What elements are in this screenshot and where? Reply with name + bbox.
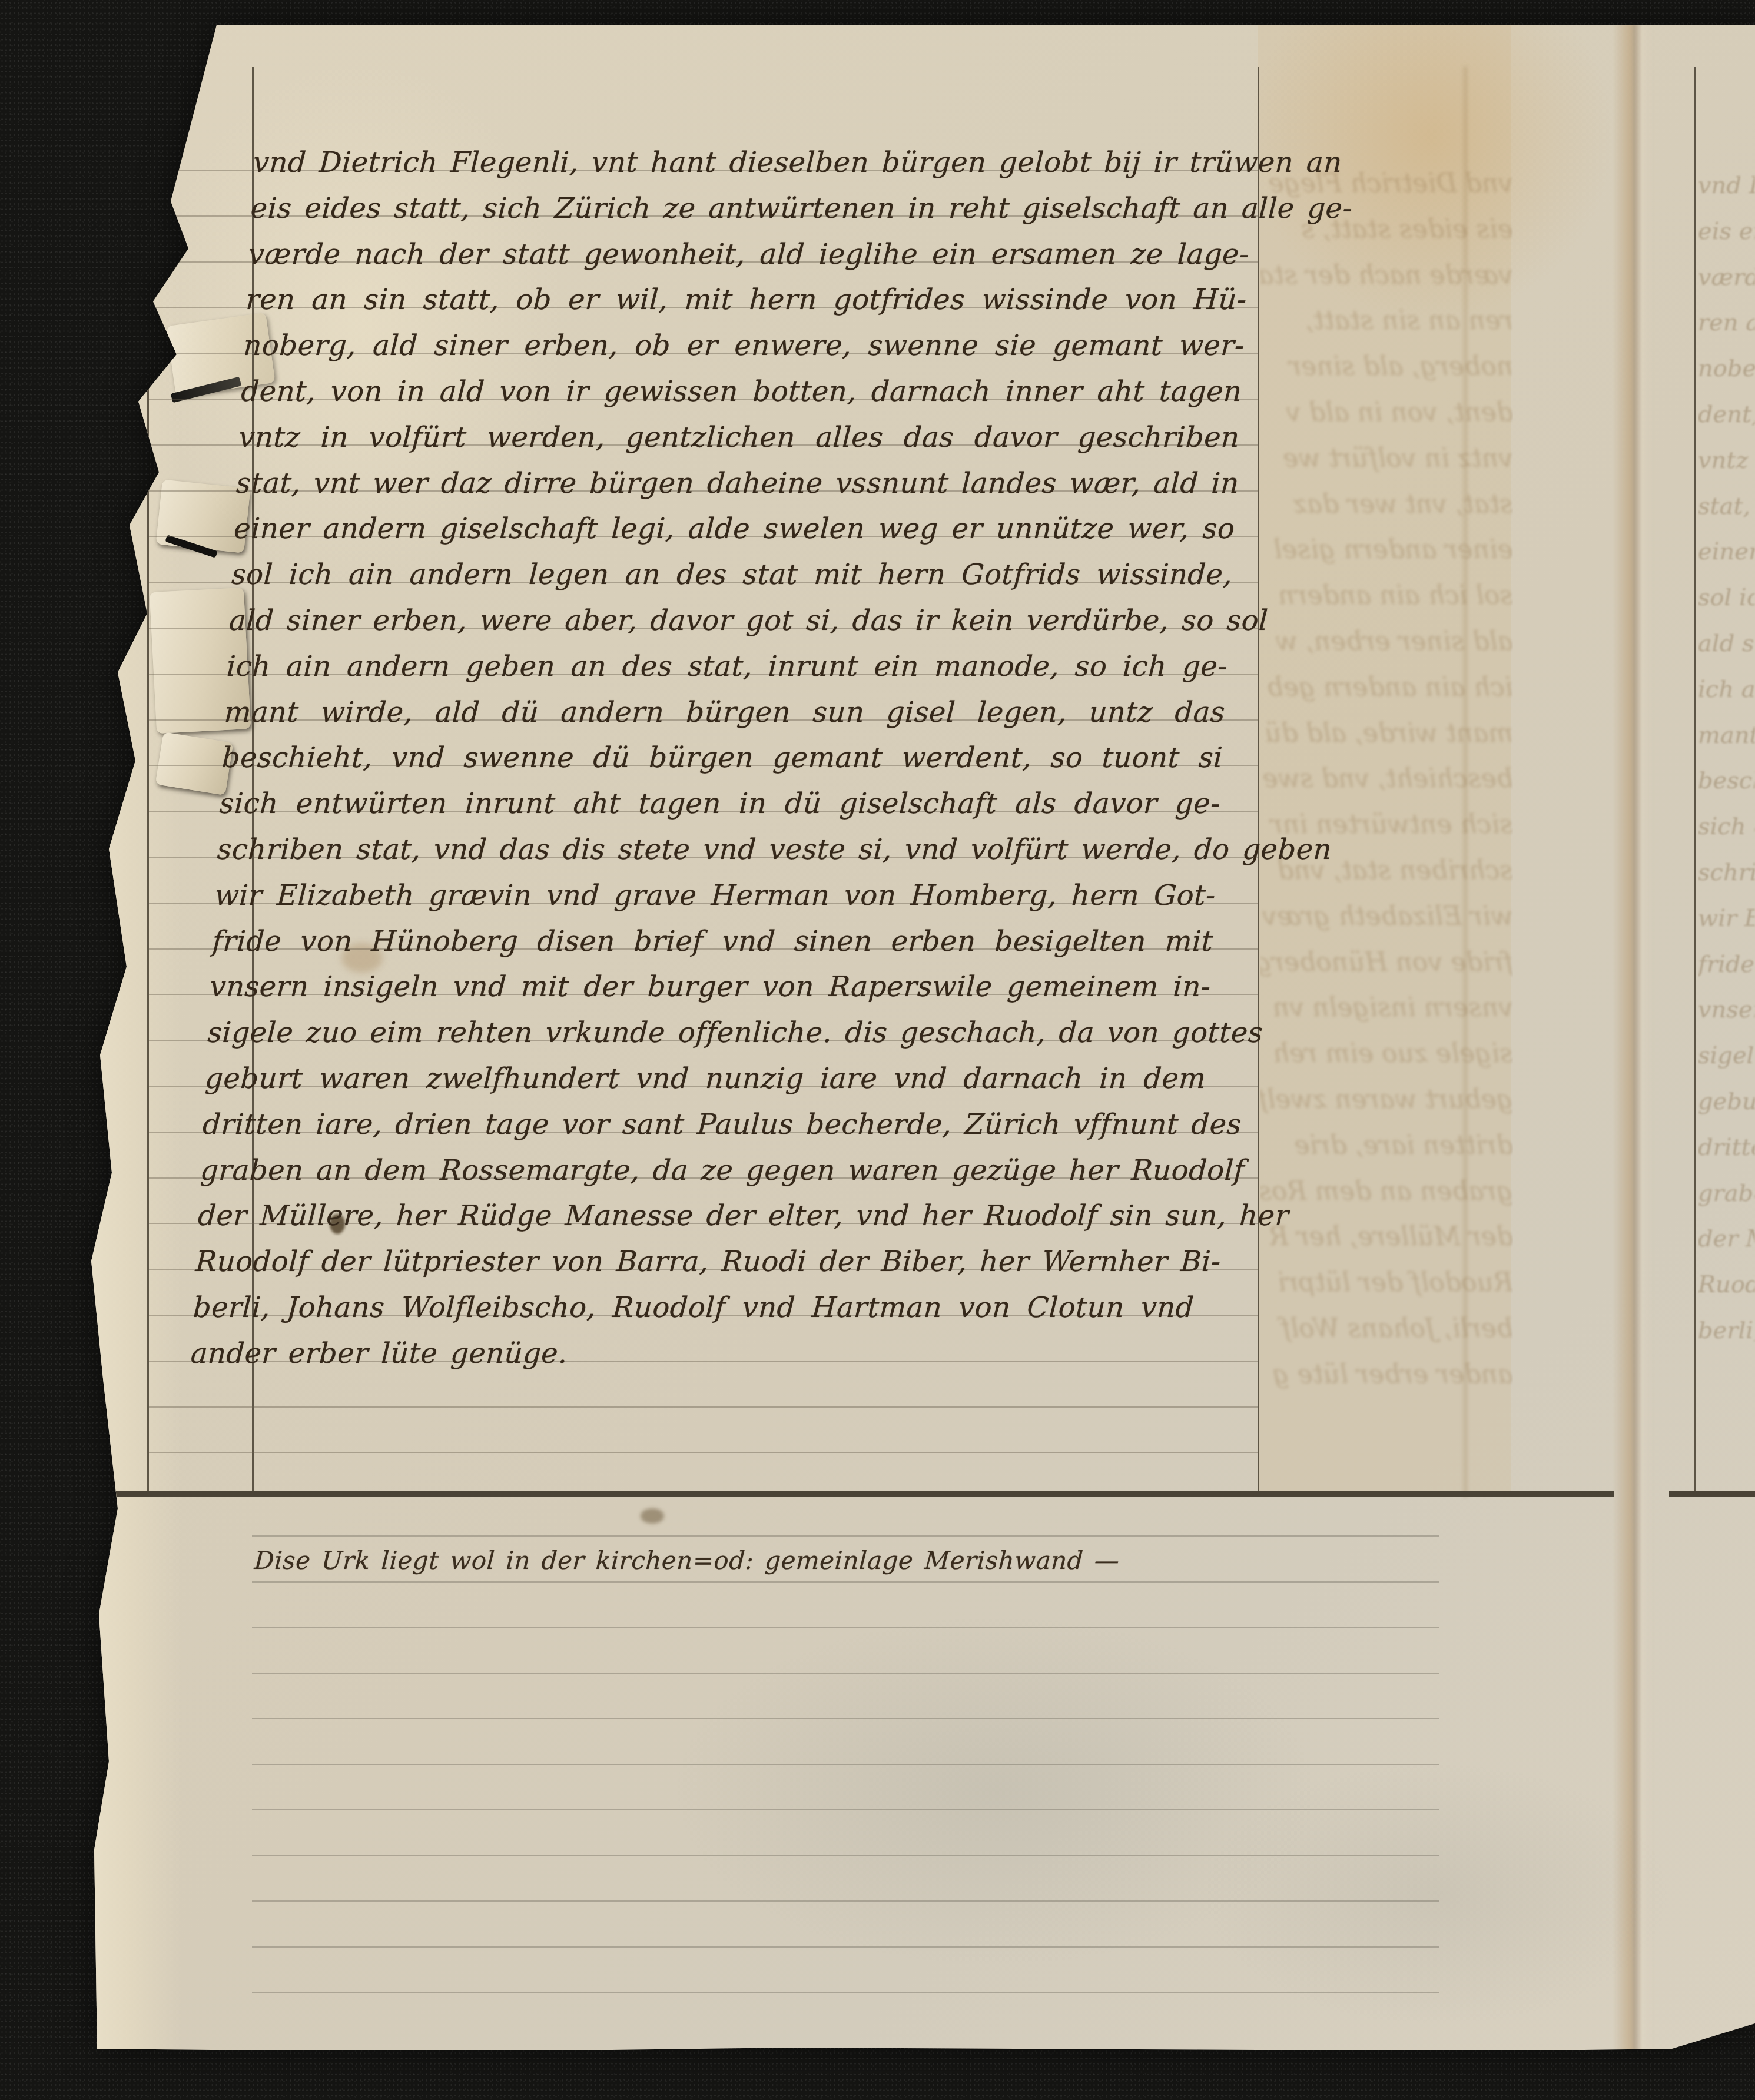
bleedthrough-line: ald siner erben, w bbox=[1260, 626, 1513, 656]
manuscript-line: noberg, ald siner erben, ob er enwere, s… bbox=[243, 323, 1246, 369]
bleedthrough-line: graben an dem Ross bbox=[1260, 1176, 1513, 1206]
bleedthrough-line: wir Elizabeth græv bbox=[1260, 901, 1513, 931]
bleedthrough-line: stat, vnt wer daz bbox=[1260, 489, 1513, 519]
manuscript-line: værde nach der statt gewonheit, ald iegl… bbox=[247, 232, 1250, 278]
manuscript-line: eis eides statt, sich Zürich ze antwürte… bbox=[250, 186, 1253, 232]
bleedthrough-line: vnsern insigeln vn bbox=[1260, 993, 1513, 1023]
bleedthrough-line: berli, Johans Wolf bbox=[1260, 1313, 1513, 1343]
next-page-text-fragment: mant wir bbox=[1698, 722, 1755, 749]
footer-separator-rule bbox=[112, 1491, 1614, 1497]
next-page-text-fragment: stat, vn bbox=[1698, 493, 1755, 520]
manuscript-line: der Müllere, her Rüdge Manesse der elter… bbox=[197, 1193, 1200, 1239]
manuscript-line: ich ain andern geben an des stat, inrunt… bbox=[225, 644, 1229, 690]
next-page-bleedthrough: vnd Dieteis eideværde naren an snoberg, … bbox=[1698, 160, 1755, 1491]
bottom-ruled-line bbox=[252, 1673, 1439, 1674]
next-page-text-fragment: dent, vo bbox=[1698, 401, 1755, 428]
bleedthrough-line: geburt waren zwelf bbox=[1260, 1084, 1513, 1114]
next-page-text-fragment: wir Eliz bbox=[1698, 905, 1755, 932]
next-page-text-fragment: ald sine bbox=[1698, 630, 1755, 657]
manuscript-page: vnd Dietrich Flegenli, vnt hant dieselbe… bbox=[82, 25, 1755, 2050]
bleedthrough-line: sol ich ain andern bbox=[1260, 580, 1513, 611]
bleedthrough-line: eis eides statt, s bbox=[1260, 214, 1513, 244]
next-page-text-fragment: sigele z bbox=[1698, 1042, 1755, 1069]
next-page-text-fragment: eis eide bbox=[1698, 218, 1755, 245]
bleedthrough-line: dritten iare, drie bbox=[1260, 1130, 1513, 1160]
next-page-text-fragment: dritten bbox=[1698, 1134, 1755, 1161]
bleedthrough-line: Ruodolf der lütpri bbox=[1260, 1268, 1513, 1298]
manuscript-line: wir Elizabeth grævin vnd grave Herman vo… bbox=[214, 873, 1217, 919]
manuscript-line: einer andern giselschaft legi, alde swel… bbox=[233, 506, 1236, 552]
manuscript-line: ren an sin statt, ob er wil, mit hern go… bbox=[245, 277, 1248, 323]
margin-rule-left-outer bbox=[147, 67, 149, 1492]
manuscript-line: vntz in volfürt werden, gentzlichen alle… bbox=[237, 415, 1240, 461]
manuscript-line: mant wirde, ald dü andern bürgen sun gis… bbox=[223, 690, 1226, 736]
bleedthrough-line: ich ain andern geb bbox=[1260, 672, 1513, 702]
bottom-ruled-line bbox=[252, 1946, 1439, 1948]
archivist-note: Dise Urk liegt wol in der kirchen=od: ge… bbox=[254, 1546, 962, 1575]
manuscript-line: geburt waren zwelfhundert vnd nunzig iar… bbox=[204, 1056, 1207, 1102]
page-wrap: vnd Dietrich Flegenli, vnt hant dieselbe… bbox=[0, 0, 1755, 2100]
bleedthrough-line: beschieht, vnd swe bbox=[1260, 764, 1513, 794]
bottom-ruled-line bbox=[252, 1627, 1439, 1628]
ruled-line bbox=[149, 1452, 1258, 1453]
manuscript-line: sol ich ain andern legen an des stat mit… bbox=[230, 552, 1233, 598]
next-page-text-fragment: fride vo bbox=[1698, 951, 1755, 978]
stain bbox=[641, 1508, 664, 1524]
bleedthrough-line: vntz in volfürt we bbox=[1260, 443, 1513, 473]
next-page-text-fragment: berli, J bbox=[1698, 1317, 1755, 1344]
bottom-ruled-line bbox=[252, 1992, 1439, 1993]
bleedthrough-line: fride von Hünoberg bbox=[1260, 947, 1513, 977]
next-page-text-fragment: graben a bbox=[1698, 1180, 1755, 1207]
manuscript-line: stat, vnt wer daz dirre bürgen daheine v… bbox=[235, 461, 1238, 507]
bleedthrough-line: schriben stat, vnd bbox=[1260, 855, 1513, 885]
next-page-margin-rule bbox=[1694, 67, 1696, 1492]
manuscript-line: berli, Johans Wolfleibscho, Ruodolf vnd … bbox=[192, 1285, 1195, 1331]
manuscript-line: vnsern insigeln vnd mit der burger von R… bbox=[209, 964, 1212, 1010]
next-page-text-fragment: ich ain bbox=[1698, 676, 1755, 703]
manuscript-line: dent, von in ald von ir gewissen botten,… bbox=[240, 369, 1243, 415]
bottom-ruled-line bbox=[252, 1535, 1439, 1537]
manuscript-line: sich entwürten inrunt aht tagen in dü gi… bbox=[218, 781, 1222, 827]
manuscript-line: beschieht, vnd swenne dü bürgen gemant w… bbox=[221, 735, 1224, 781]
stain bbox=[1201, 1761, 1672, 2026]
text-block-right-rule bbox=[1258, 67, 1259, 1492]
manuscript-line: Ruodolf der lütpriester von Barra, Ruodi… bbox=[194, 1239, 1197, 1285]
bleedthrough-line: der Müllere, her R bbox=[1260, 1222, 1513, 1252]
next-page-text-fragment: der Müll bbox=[1698, 1225, 1755, 1252]
bleedthrough-line: sich entwürten inr bbox=[1260, 810, 1513, 840]
bleedthrough-line: værde nach der sta bbox=[1260, 260, 1513, 290]
bleedthrough-line: vnd Dietrich Flege bbox=[1260, 168, 1513, 198]
manuscript-text: vnd Dietrich Flegenli, vnt hant dieselbe… bbox=[190, 140, 1255, 1377]
footer-separator-rule-right bbox=[1669, 1491, 1755, 1497]
next-page-text-fragment: beschieh bbox=[1698, 767, 1755, 794]
next-page-text-fragment: værde na bbox=[1698, 264, 1755, 291]
bottom-ruled-line bbox=[252, 1581, 1439, 1583]
bottom-ruled-line bbox=[252, 1900, 1439, 1902]
next-page-text-fragment: einer an bbox=[1698, 538, 1755, 565]
next-page-text-fragment: sol ich bbox=[1698, 584, 1755, 611]
next-page-text-fragment: ren an s bbox=[1698, 309, 1755, 336]
bottom-ruled-line bbox=[252, 1718, 1439, 1719]
bottom-ruled-line bbox=[252, 1809, 1439, 1810]
next-page-text-fragment: schriben bbox=[1698, 859, 1755, 886]
bleedthrough-line: mant wirde, ald dü bbox=[1260, 718, 1513, 748]
page-fold bbox=[1613, 25, 1654, 2050]
bleedthrough-line: sigele zuo eim reh bbox=[1260, 1039, 1513, 1069]
next-page-text-fragment: vnsern i bbox=[1698, 996, 1755, 1023]
ruled-line bbox=[149, 1406, 1258, 1408]
bleedthrough-line: einer andern gisel bbox=[1260, 535, 1513, 565]
manuscript-line: sigele zuo eim rehten vrkunde offenliche… bbox=[206, 1010, 1209, 1056]
manuscript-line: ald siner erben, were aber, davor got si… bbox=[228, 598, 1231, 644]
next-page-text-fragment: noberg, bbox=[1698, 355, 1755, 382]
bleedthrough-line: dent, von in ald v bbox=[1260, 397, 1513, 427]
next-page-text-fragment: geburt w bbox=[1698, 1088, 1755, 1115]
stain bbox=[671, 1614, 1319, 1968]
bleedthrough-line: noberg, ald siner bbox=[1260, 351, 1513, 381]
bleedthrough-line: ander erber lüte g bbox=[1260, 1359, 1513, 1389]
manuscript-line: dritten iare, drien tage vor sant Paulus… bbox=[201, 1102, 1205, 1148]
bleedthrough-column: vnd Dietrich Flegeeis eides statt, sværd… bbox=[1260, 160, 1513, 1491]
next-page-text-fragment: Ruodolf bbox=[1698, 1271, 1755, 1298]
next-page-text-fragment: vnd Diet bbox=[1698, 172, 1755, 199]
next-page-text-fragment: vntz in bbox=[1698, 447, 1755, 474]
manuscript-line: graben an dem Rossemargte, da ze gegen w… bbox=[199, 1148, 1202, 1194]
bottom-ruled-line bbox=[252, 1855, 1439, 1856]
next-page-text-fragment: sich ent bbox=[1698, 813, 1755, 840]
manuscript-line: ander erber lüte genüge. bbox=[190, 1331, 1193, 1377]
bleedthrough-line: ren an sin statt, bbox=[1260, 306, 1513, 336]
manuscript-line: schriben stat, vnd das dis stete vnd ves… bbox=[216, 827, 1219, 873]
manuscript-line: vnd Dietrich Flegenli, vnt hant dieselbe… bbox=[252, 140, 1255, 186]
manuscript-line: fride von Hünoberg disen brief vnd sinen… bbox=[211, 919, 1215, 965]
bottom-ruled-line bbox=[252, 1764, 1439, 1765]
scan: { "manuscript": { "lines": [ "vnd Dietri… bbox=[0, 0, 1755, 2100]
